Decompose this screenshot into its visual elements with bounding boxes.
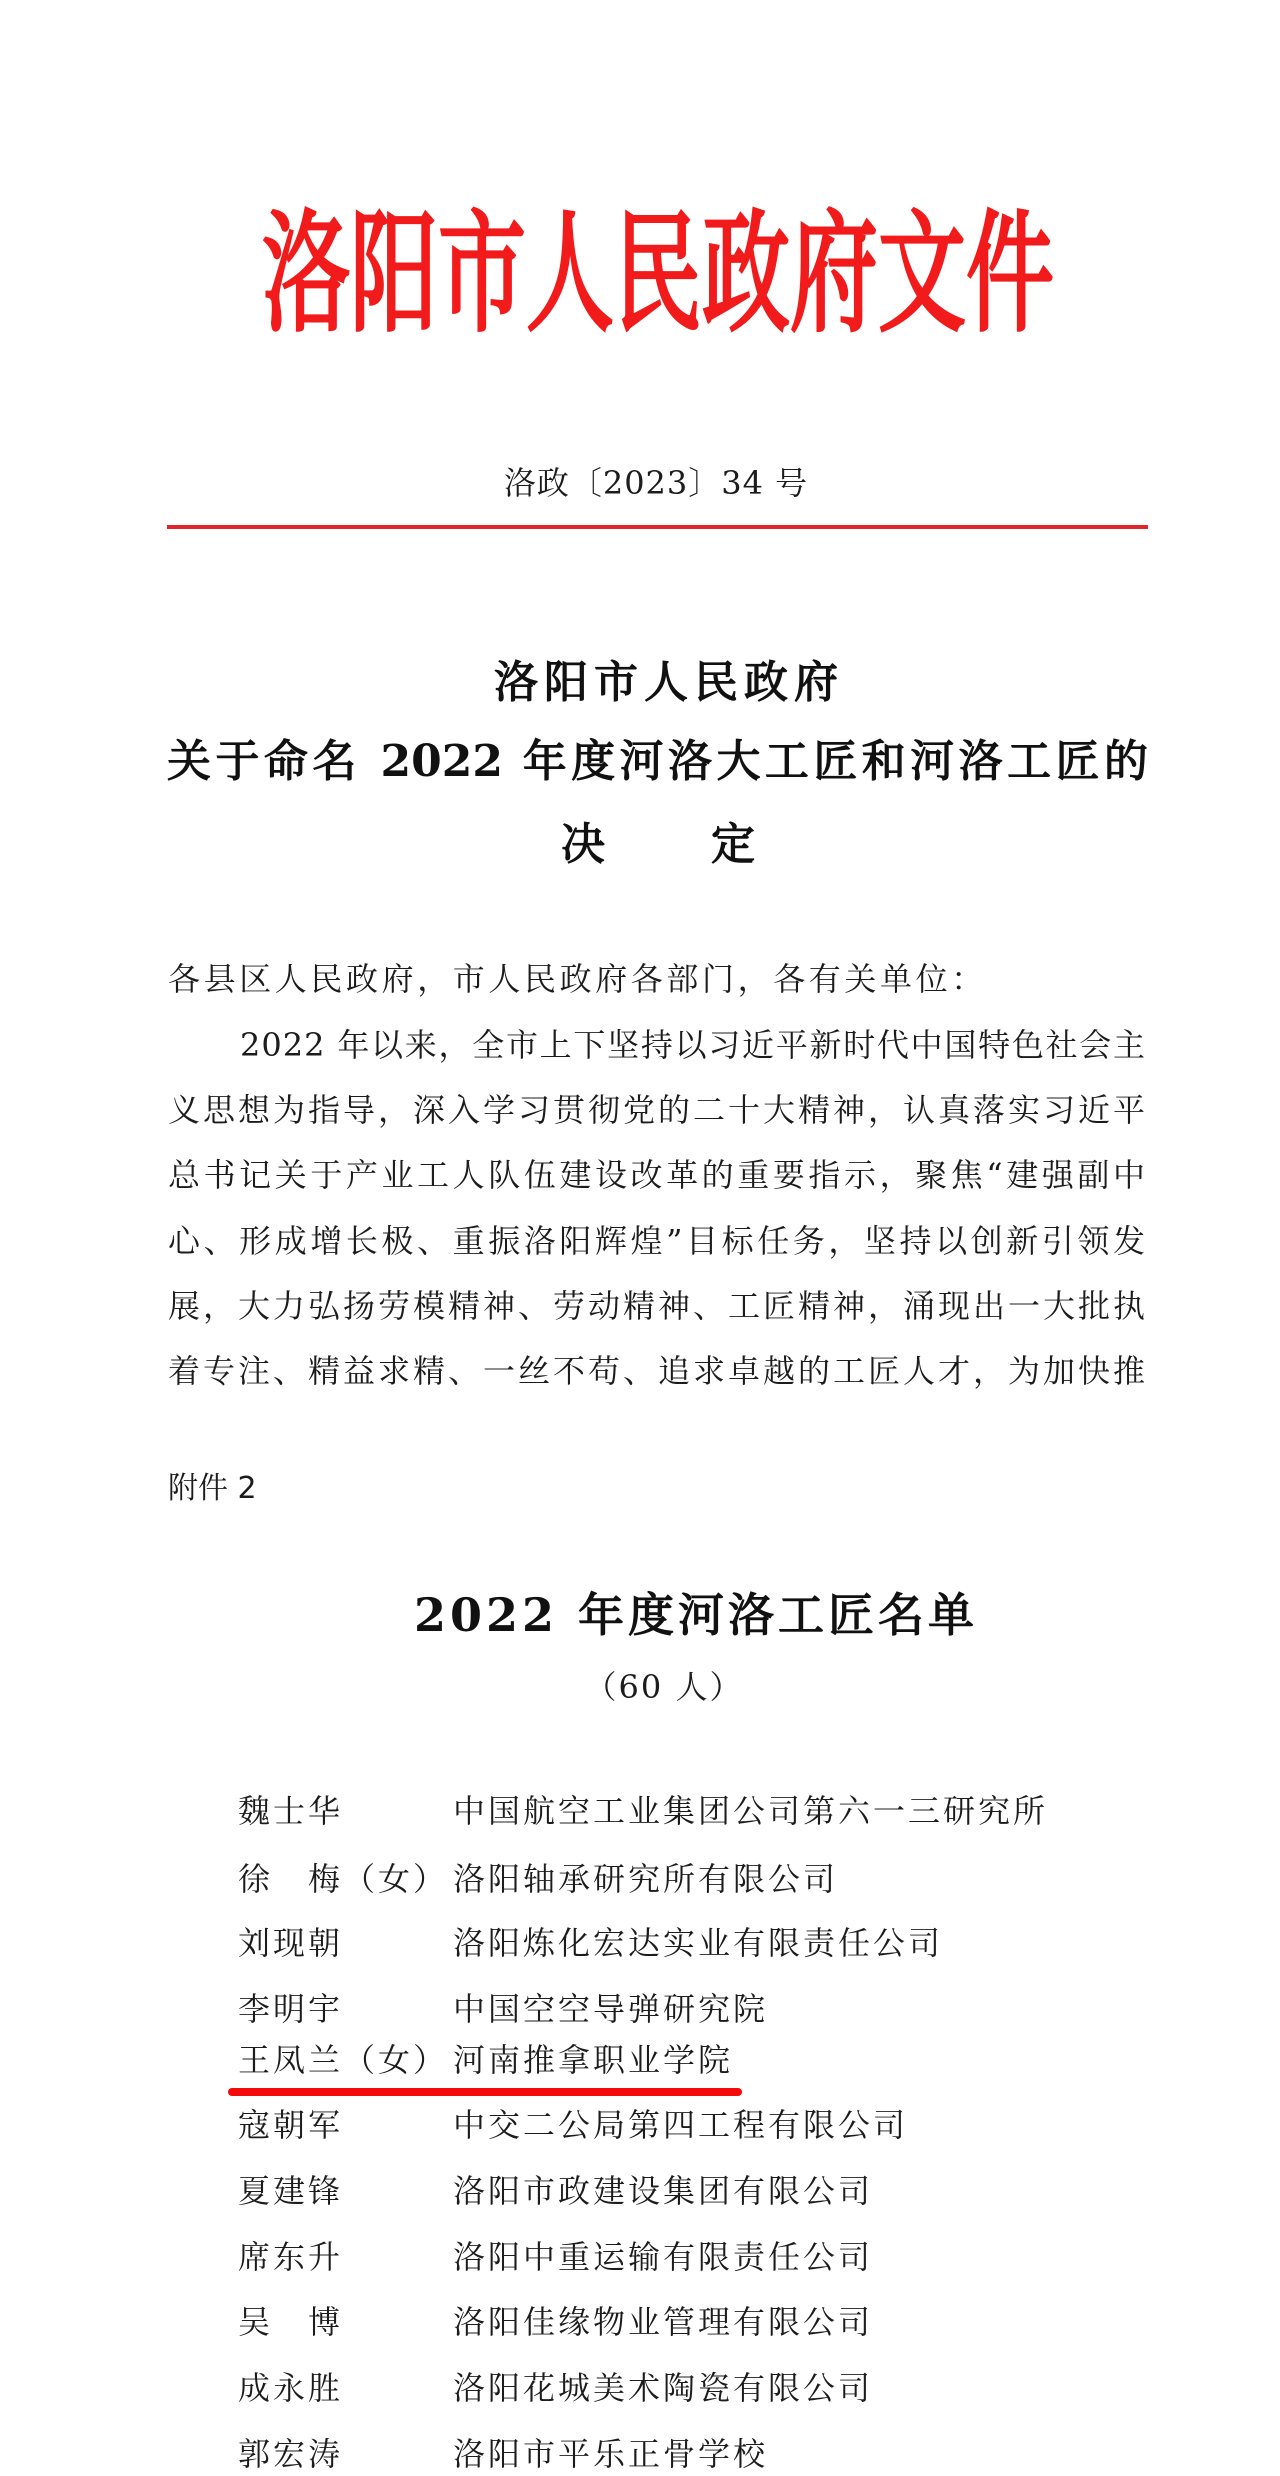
- red-highlight-underline: [228, 2088, 742, 2096]
- honoree-name: 徐 梅（女）: [238, 1859, 448, 1899]
- honoree-name: 李明宇: [238, 1989, 343, 2029]
- honoree-name: 刘现朝: [238, 1923, 343, 1963]
- honoree-organization: 洛阳市政建设集团有限公司: [453, 2171, 873, 2211]
- document-number: 洛政〔2023〕34 号: [456, 463, 856, 503]
- honoree-name: 吴 博: [238, 2302, 343, 2342]
- body-paragraph-line: 2022 年以来，全市上下坚持以习近平新时代中国特色社会主: [240, 1025, 1146, 1065]
- honoree-row-highlighted: 王凤兰（女） 河南推拿职业学院: [0, 2040, 1280, 2080]
- honoree-name: 成永胜: [238, 2368, 343, 2408]
- honoree-row: 成永胜 洛阳花城美术陶瓷有限公司: [0, 2368, 1280, 2408]
- honoree-row: 魏士华 中国航空工业集团公司第六一三研究所: [0, 1791, 1280, 1831]
- honoree-organization: 洛阳市平乐正骨学校: [453, 2434, 768, 2474]
- honoree-name: 寇朝军: [238, 2105, 343, 2145]
- document-page: 洛阳市人民政府文件 洛政〔2023〕34 号 洛阳市人民政府 关于命名 2022…: [0, 0, 1280, 2476]
- body-paragraph-line: 着专注、精益求精、一丝不苟、追求卓越的工匠人才，为加快推: [168, 1351, 1146, 1391]
- honoree-organization: 洛阳佳缘物业管理有限公司: [453, 2302, 873, 2342]
- attachment-label: 附件 2: [168, 1469, 257, 1509]
- decision-title-type: 决 定: [455, 817, 861, 873]
- honoree-row: 刘现朝 洛阳炼化宏达实业有限责任公司: [0, 1923, 1280, 1963]
- honoree-name: 王凤兰（女）: [238, 2040, 448, 2080]
- honoree-name: 郭宏涛: [238, 2434, 343, 2474]
- honoree-organization: 中交二公局第四工程有限公司: [453, 2105, 908, 2145]
- honoree-name: 魏士华: [238, 1791, 343, 1831]
- honoree-organization: 中国空空导弹研究院: [453, 1989, 768, 2029]
- honoree-organization: 洛阳中重运输有限责任公司: [453, 2237, 873, 2277]
- honoree-organization: 洛阳炼化宏达实业有限责任公司: [453, 1923, 943, 1963]
- body-paragraph-line: 展，大力弘扬劳模精神、劳动精神、工匠精神，涌现出一大批执: [168, 1286, 1146, 1326]
- list-count: （60 人）: [564, 1667, 764, 1707]
- honoree-organization: 中国航空工业集团公司第六一三研究所: [453, 1791, 1048, 1831]
- salutation: 各县区人民政府，市人民政府各部门，各有关单位：: [168, 959, 987, 999]
- decision-title-subject: 关于命名 2022 年度河洛大工匠和河洛工匠的: [167, 734, 1148, 790]
- honoree-row: 李明宇 中国空空导弹研究院: [0, 1989, 1280, 2029]
- body-paragraph-line: 义思想为指导，深入学习贯彻党的二十大精神，认真落实习近平: [168, 1090, 1146, 1130]
- masthead-title: 洛阳市人民政府文件: [262, 207, 1054, 339]
- body-paragraph-line: 总书记关于产业工人队伍建设改革的重要指示，聚焦“建强副中: [168, 1155, 1146, 1195]
- honoree-row: 郭宏涛 洛阳市平乐正骨学校: [0, 2434, 1280, 2474]
- honoree-name: 夏建锋: [238, 2171, 343, 2211]
- honoree-row: 夏建锋 洛阳市政建设集团有限公司: [0, 2171, 1280, 2211]
- honoree-name: 席东升: [238, 2237, 343, 2277]
- list-title: 2022 年度河洛工匠名单: [414, 1587, 914, 1643]
- honoree-organization: 洛阳轴承研究所有限公司: [453, 1859, 838, 1899]
- honoree-row: 徐 梅（女） 洛阳轴承研究所有限公司: [0, 1859, 1280, 1899]
- red-header-rule: [167, 525, 1148, 529]
- honoree-row: 寇朝军 中交二公局第四工程有限公司: [0, 2105, 1280, 2145]
- decision-title-issuer: 洛阳市人民政府: [463, 655, 869, 711]
- body-paragraph-line: 心、形成增长极、重振洛阳辉煌”目标任务，坚持以创新引领发: [168, 1221, 1146, 1261]
- honoree-row: 吴 博 洛阳佳缘物业管理有限公司: [0, 2302, 1280, 2342]
- honoree-organization: 河南推拿职业学院: [453, 2040, 733, 2080]
- honoree-organization: 洛阳花城美术陶瓷有限公司: [453, 2368, 873, 2408]
- honoree-row: 席东升 洛阳中重运输有限责任公司: [0, 2237, 1280, 2277]
